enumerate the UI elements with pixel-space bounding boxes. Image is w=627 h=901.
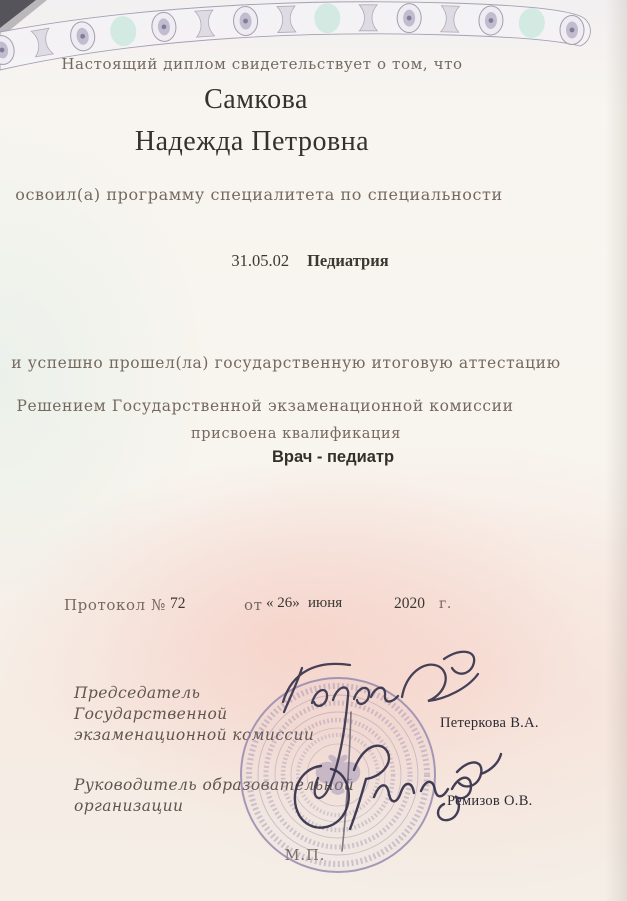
protocol-year-suffix: г. [439,596,452,612]
diploma-document: Настоящий диплом свидетельствует о том, … [0,0,627,901]
head-title-line1: Руководитель образовательной [74,775,354,796]
head-of-org-title: Руководитель образовательной организации [74,775,354,817]
chairman-name: Петеркова В.А. [440,715,539,732]
head-of-org-name: Ремизов О.В. [447,793,533,810]
protocol-label: Протокол № [64,596,166,614]
protocol-year: 2020 [394,595,425,613]
specialty-code: 31.05.02 [231,251,289,270]
given-names: Надежда Петровна [135,126,369,158]
protocol-day: « 26» [266,595,300,612]
attestation-line: и успешно прошел(ла) государственную ито… [11,354,560,372]
chairman-title-line3: экзаменационной комиссии [74,725,314,746]
photo-edge-shadow [605,0,627,901]
intro-line: Настоящий диплом свидетельствует о том, … [61,55,462,73]
chairman-title-line2: Государственной [74,704,314,725]
signature-chairman [283,652,478,851]
protocol-number: 72 [170,595,186,613]
protocol-from: от [244,596,263,614]
chairman-title-line1: Председатель [74,683,314,704]
specialty-line: 31.05.02Педиатрия [231,251,388,271]
program-line: освоил(а) программу специалитета по спец… [15,185,503,204]
chairman-title: Председатель Государственной экзаменацио… [74,683,314,746]
specialty-name: Педиатрия [307,251,389,270]
qualification-label: присвоена квалификация [191,426,401,442]
qualification-value: Врач - педиатр [272,448,394,467]
seal-place-mark: М.П. [285,848,326,864]
head-title-line2: организации [74,796,354,817]
surname: Самкова [204,84,308,116]
protocol-month: июня [308,595,342,612]
commission-line: Решением Государственной экзаменационной… [16,397,513,415]
